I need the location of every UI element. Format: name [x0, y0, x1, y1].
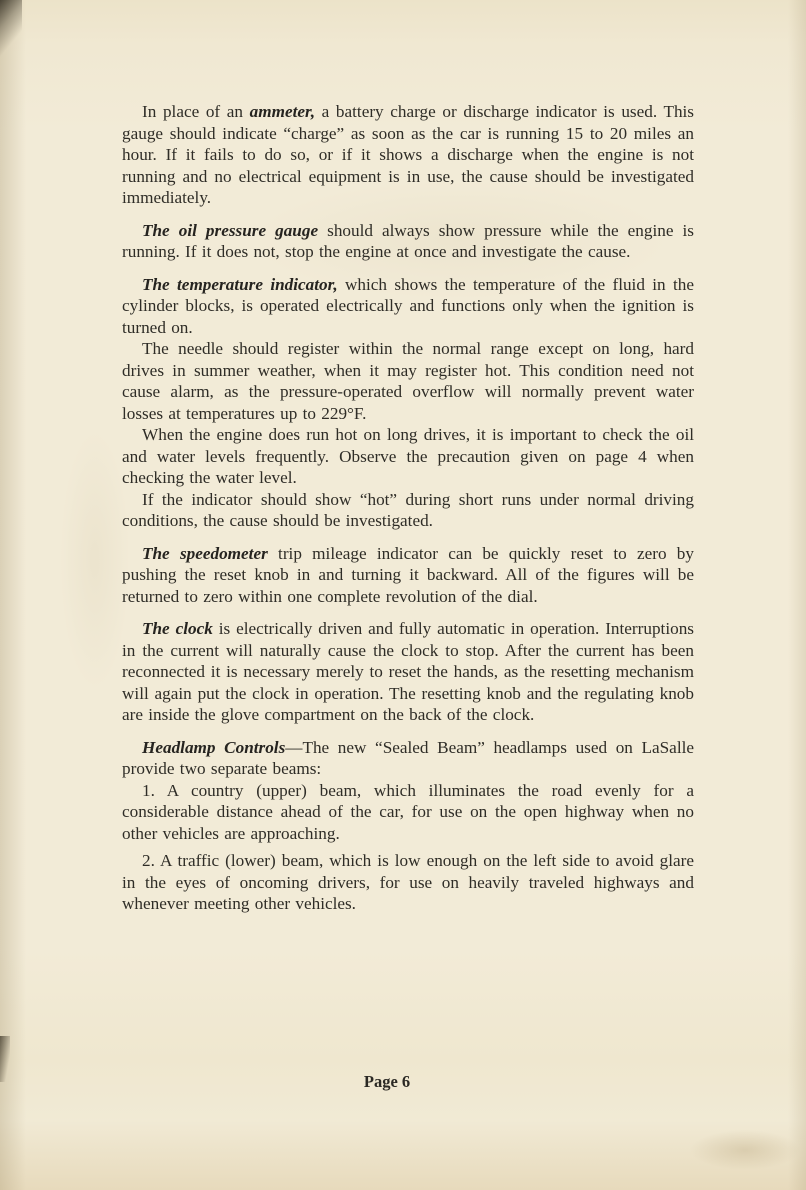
- scan-edge-shadow-left: [0, 0, 26, 1190]
- scan-edge-shadow-right: [788, 0, 806, 1190]
- page-number: Page 6: [122, 1072, 652, 1092]
- para-clock: The clock is electrically driven and ful…: [122, 618, 694, 726]
- para-oil-pressure-gauge: The oil pressure gauge should always sho…: [122, 220, 694, 263]
- para-traffic-beam: 2. A traffic (lower) beam, which is low …: [122, 850, 694, 915]
- scan-stain: [690, 1130, 800, 1170]
- para-lead-oil-pressure: The oil pressure gauge: [142, 221, 318, 240]
- para-lead-ammeter: ammeter,: [250, 102, 315, 121]
- para-text: If the indicator should show “hot” durin…: [122, 490, 694, 531]
- para-needle: The needle should register within the no…: [122, 338, 694, 424]
- para-lead-temperature: The temperature indicator,: [142, 275, 338, 294]
- para-headlamp-controls: Headlamp Controls—The new “Sealed Beam” …: [122, 737, 694, 780]
- para-text: The needle should register within the no…: [122, 339, 694, 423]
- scan-stain: [60, 430, 130, 690]
- scan-corner-mark: [0, 1036, 10, 1082]
- para-engine-runs-hot: When the engine does run hot on long dri…: [122, 424, 694, 489]
- para-speedometer: The speedometer trip mileage indicator c…: [122, 543, 694, 608]
- para-text: 2. A traffic (lower) beam, which is low …: [122, 851, 694, 913]
- para-country-beam: 1. A country (upper) beam, which illumin…: [122, 780, 694, 845]
- para-lead-speedometer: The speedometer: [142, 544, 268, 563]
- para-lead-clock: The clock: [142, 619, 213, 638]
- para-indicator-hot: If the indicator should show “hot” durin…: [122, 489, 694, 532]
- scan-corner-mark: [0, 0, 22, 58]
- para-temperature-indicator: The temperature indicator, which shows t…: [122, 274, 694, 339]
- para-ammeter: In place of an ammeter, a battery charge…: [122, 101, 694, 209]
- scanned-manual-page: In place of an ammeter, a battery charge…: [0, 0, 806, 1190]
- page-text: In place of an ammeter, a battery charge…: [122, 101, 694, 915]
- para-text: 1. A country (upper) beam, which illumin…: [122, 781, 694, 843]
- para-text: When the engine does run hot on long dri…: [122, 425, 694, 487]
- para-text: In place of an: [142, 102, 250, 121]
- para-lead-headlamp-controls: Headlamp Controls: [142, 738, 285, 757]
